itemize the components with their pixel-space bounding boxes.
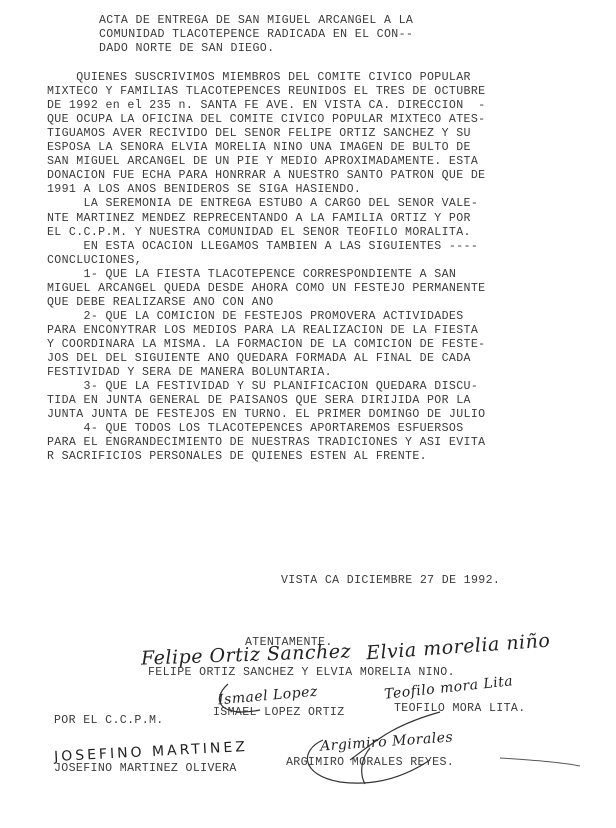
- body-line: 2- QUE LA COMICION DE FESTEJOS PROMOVERA…: [47, 310, 464, 323]
- body-line: TIDA EN JUNTA GENERAL DE PAISANOS QUE SE…: [47, 394, 471, 407]
- place-date: VISTA CA DICIEMBRE 27 DE 1992.: [281, 574, 500, 587]
- body-line: 1991 A LOS ANOS BENIDEROS SE SIGA HASIEN…: [47, 183, 361, 196]
- body-line: ESPOSA LA SENORA ELVIA MORELIA NINO UNA …: [47, 141, 471, 154]
- body-line: FESTIVIDAD Y SERA DE MANERA BOLUNTARIA.: [47, 366, 332, 379]
- body-line: JUNTA JUNTA DE FESTEJOS EN TURNO. EL PRI…: [47, 408, 485, 421]
- body-line: TIGUAMOS AVER RECIVIDO DEL SENOR FELIPE …: [47, 127, 471, 140]
- body-line: DONACION FUE ECHA PARA HONRRAR A NUESTRO…: [47, 169, 485, 182]
- body-line: 4- QUE TODOS LOS TLACOTEPENCES APORTAREM…: [47, 422, 464, 435]
- body-line: EN ESTA OCACION LLEGAMOS TAMBIEN A LAS S…: [47, 240, 478, 253]
- body-line: JOS DEL DEL SIGUIENTE ANO QUEDARA FORMAD…: [47, 352, 471, 365]
- body-line: LA SEREMONIA DE ENTREGA ESTUBO A CARGO D…: [47, 197, 478, 210]
- scanned-document-page: ACTA DE ENTREGA DE SAN MIGUEL ARCANGEL A…: [0, 0, 616, 828]
- body-line: NTE MARTINEZ MENDEZ REPRECENTANDO A LA F…: [47, 212, 471, 225]
- body-line: R SACRIFICIOS PERSONALES DE QUIENES ESTE…: [47, 450, 427, 463]
- body-line: QUIENES SUSCRIVIMOS MIEMBROS DEL COMITE …: [47, 71, 471, 84]
- ccpm-label: POR EL C.C.P.M.: [54, 714, 164, 727]
- body-line: 3- QUE LA FESTIVIDAD Y SU PLANIFICACION …: [47, 380, 478, 393]
- title-line-2: COMUNIDAD TLACOTEPENCE RADICADA EN EL CO…: [99, 28, 413, 41]
- title-line-3: DADO NORTE DE SAN DIEGO.: [99, 42, 274, 55]
- body-line: QUE DEBE REALIZARSE ANO CON ANO: [47, 296, 274, 309]
- body-line: Y COORDINARA LA MISMA. LA FORMACION DE L…: [47, 338, 485, 351]
- body-line: MIGUEL ARCANGEL QUEDA DESDE AHORA COMO U…: [47, 282, 485, 295]
- body-line: CONCLUCIONES,: [47, 254, 142, 267]
- body-line: 1- QUE LA FIESTA TLACOTEPENCE CORRESPOND…: [47, 268, 456, 281]
- body-line: EL C.C.P.M. Y NUESTRA COMUNIDAD EL SENOR…: [47, 226, 471, 239]
- body-line: SAN MIGUEL ARCANGEL DE UN PIE Y MEDIO AP…: [47, 155, 478, 168]
- donors-typed-names: FELIPE ORTIZ SANCHEZ Y ELVIA MORELIA NIN…: [148, 666, 455, 679]
- body-line: PARA ENCONYTRAR LOS MEDIOS PARA LA REALI…: [47, 324, 478, 337]
- title-line-1: ACTA DE ENTREGA DE SAN MIGUEL ARCANGEL A…: [99, 14, 413, 27]
- body-line: MIXTECO Y FAMILIAS TLACOTEPENCES REUNIDO…: [47, 85, 485, 98]
- signature-elvia-morelia: Elvia morelia niño: [365, 630, 551, 665]
- signature-flourishes: [200, 680, 616, 790]
- body-line: DE 1992 en el 235 n. SANTA FE AVE. EN VI…: [47, 99, 485, 112]
- body-line: PARA EL ENGRANDECIMIENTO DE NUESTRAS TRA…: [47, 436, 485, 449]
- body-line: QUE OCUPA LA OFICINA DEL COMITE CIVICO P…: [47, 113, 485, 126]
